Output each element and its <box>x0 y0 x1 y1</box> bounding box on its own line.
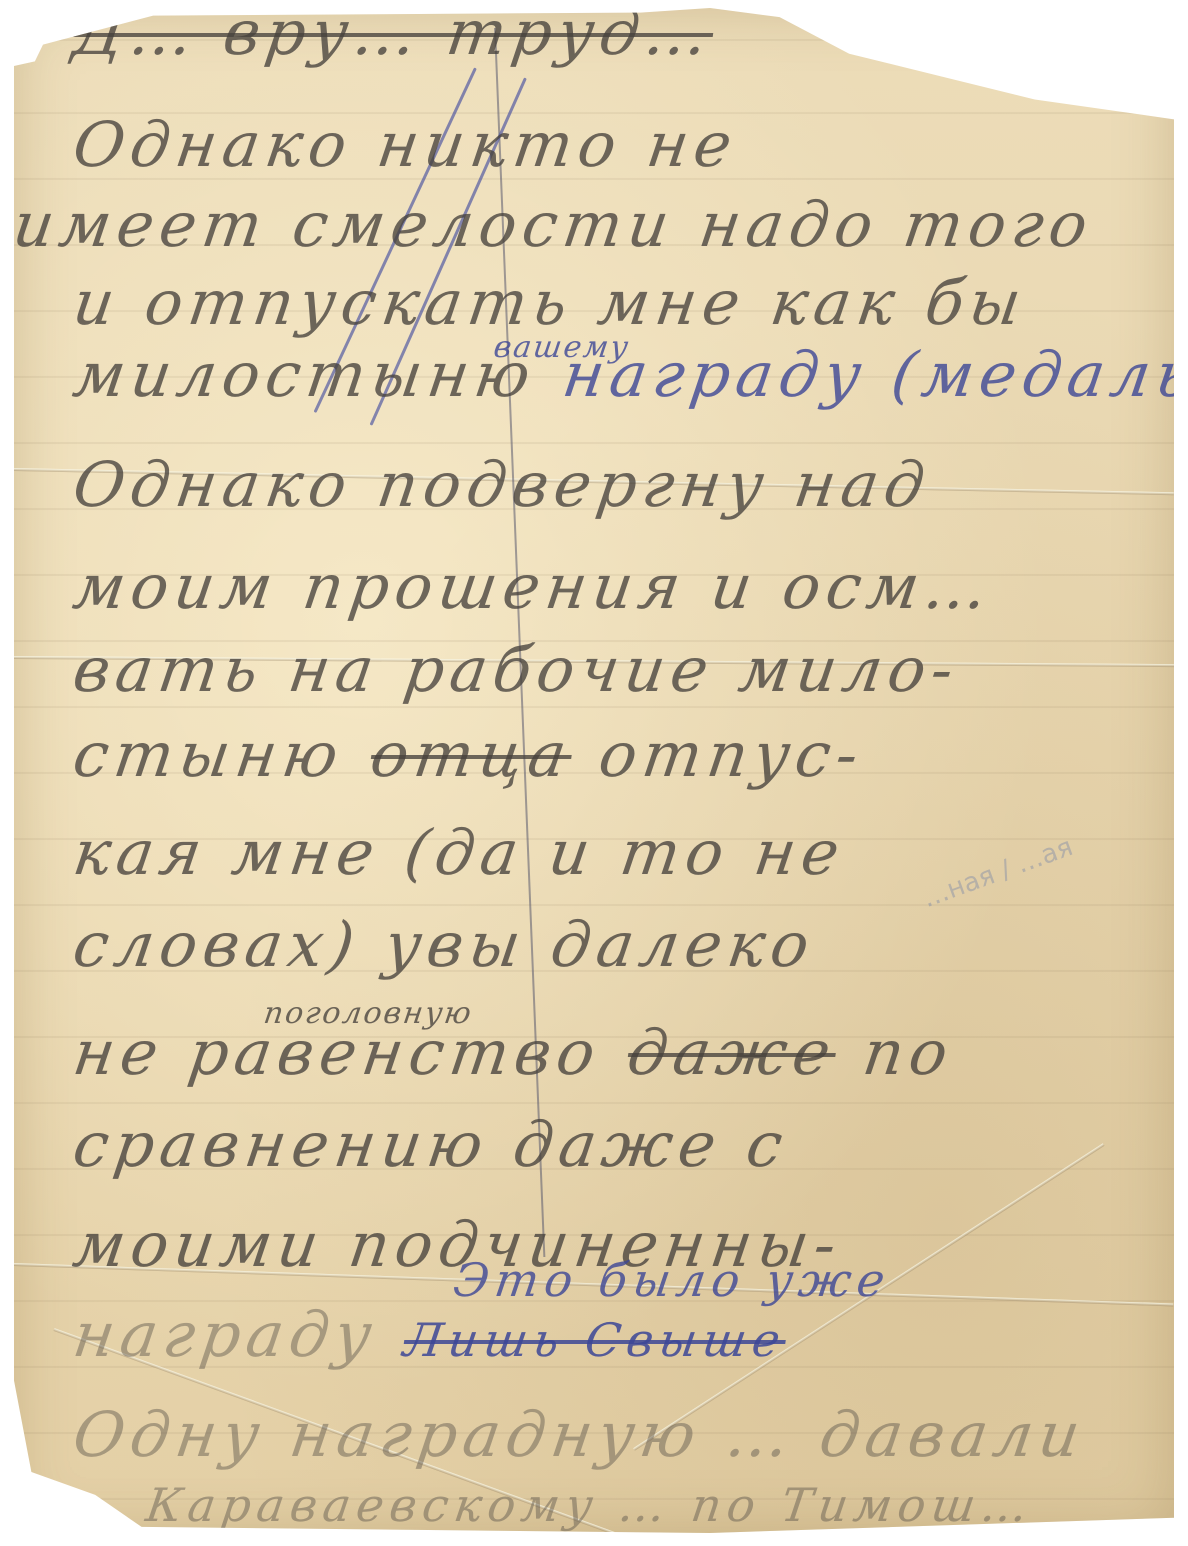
line-segment: по <box>859 1016 959 1089</box>
handwritten-line: Д… вру… труд… <box>69 0 719 69</box>
handwritten-line: словах) увы далеко <box>69 908 820 981</box>
line-segment: отпус- <box>595 718 869 791</box>
line-segment-blue: награду (медаль <box>558 338 1188 411</box>
handwritten-line: Однако подвергну над <box>69 448 935 521</box>
handwritten-line: Одну наградную … давали <box>69 1398 1091 1471</box>
line-segment-struck: отца <box>366 718 577 791</box>
line-segment-faint: награду <box>69 1298 382 1371</box>
handwritten-line: сравнению даже с <box>69 1108 793 1181</box>
line-segment: милостыню <box>69 338 541 411</box>
line-segment-struck: даже <box>623 1016 841 1089</box>
line-segment: не равенство <box>69 1016 606 1089</box>
handwritten-line: … Караваевскому … по Тимош… <box>70 1478 1037 1532</box>
line-segment-blue-struck: Лишь Свыше <box>400 1313 789 1367</box>
handwritten-line: наградуЛишь Свыше <box>69 1298 820 1371</box>
handwritten-line: не равенстводажепо <box>69 1016 986 1089</box>
letter-sheet: …ная / …ая Д… вру… труд… Однако никто не… <box>14 8 1174 1533</box>
handwritten-line: стынюотцаотпус- <box>69 718 897 791</box>
handwritten-line: Однако никто не <box>69 108 742 181</box>
handwritten-line: и отпускать мне как бы <box>69 266 1032 339</box>
handwritten-line: милостынюнаграду (медаль <box>69 338 1188 411</box>
handwritten-line: моим прошения и осм… <box>69 550 998 623</box>
handwritten-line: кая мне (да и то не <box>69 816 850 889</box>
handwritten-line: имеет смелости надо того <box>9 188 1098 261</box>
line-segment: стыню <box>69 718 349 791</box>
handwritten-line: вать на рабочие мило- <box>69 633 964 706</box>
